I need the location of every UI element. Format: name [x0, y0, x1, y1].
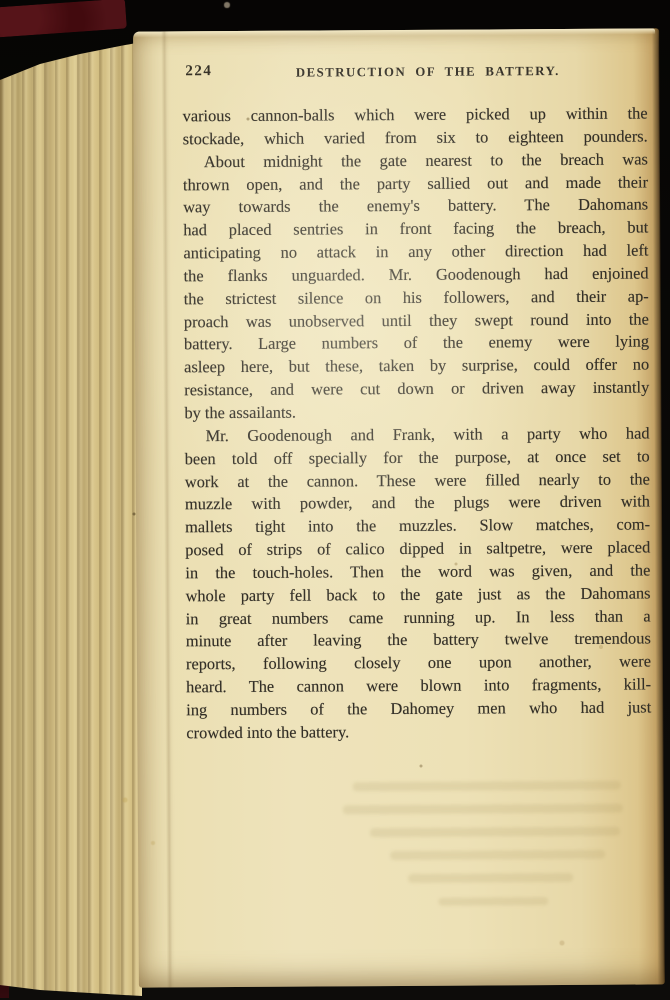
- text-line: ing numbers of the Dahomey men who had j…: [186, 696, 651, 722]
- gutter-crease: [161, 31, 175, 987]
- body-text: various cannon-balls which were picked u…: [183, 102, 652, 744]
- page-content: 224 DESTRUCTION OF THE BATTERY. various …: [182, 60, 651, 744]
- text-line: been told off specially for the purpose,…: [185, 445, 650, 471]
- page-number: 224: [185, 63, 212, 80]
- book-page: 224 DESTRUCTION OF THE BATTERY. various …: [133, 28, 665, 987]
- running-header: DESTRUCTION OF THE BATTERY.: [216, 63, 639, 81]
- paper-specks: [0, 0, 2, 2]
- show-through-line: [438, 897, 548, 906]
- text-line: the strictest silence on his followers, …: [184, 285, 649, 311]
- text-line: thrown open, and the party sallied out a…: [183, 171, 648, 197]
- page-stack-edges: [0, 0, 142, 1000]
- text-line: resistance, and were cut down or driven …: [184, 377, 649, 403]
- show-through-line: [353, 781, 621, 792]
- text-line: posed of strips of calico dipped in salt…: [185, 536, 650, 562]
- text-line: asleep here, but these, taken by surpris…: [184, 354, 649, 380]
- text-line: work at the cannon. These were filled ne…: [185, 468, 650, 494]
- text-line: in great numbers came running up. In les…: [186, 605, 651, 631]
- book-photo: 224 DESTRUCTION OF THE BATTERY. various …: [0, 0, 670, 1000]
- text-line: stockade, which varied from six to eight…: [183, 125, 648, 151]
- show-through-line: [390, 850, 605, 860]
- text-line: heard. The cannon were blown into fragme…: [186, 674, 651, 700]
- text-line: crowded into the battery.: [186, 719, 651, 745]
- text-line: in the touch-holes. Then the word was gi…: [185, 559, 650, 585]
- text-line: by the assailants.: [184, 399, 649, 425]
- text-line: way towards the enemy's battery. The Dah…: [183, 194, 648, 220]
- text-line: mallets tight into the muzzles. Slow mat…: [185, 514, 650, 540]
- text-line: various cannon-balls which were picked u…: [183, 102, 648, 128]
- text-line: the flanks unguarded. Mr. Goodenough had…: [184, 262, 649, 288]
- text-line: anticipating no attack in any other dire…: [183, 240, 648, 266]
- book-cover-edge: [0, 0, 127, 38]
- text-line: Mr. Goodenough and Frank, with a party w…: [184, 422, 649, 448]
- text-line: had placed sentries in front facing the …: [183, 217, 648, 243]
- text-line: muzzle with powder, and the plugs were d…: [185, 491, 650, 517]
- show-through-line: [408, 873, 573, 883]
- show-through-line: [370, 827, 620, 838]
- text-line: battery. Large numbers of the enemy were…: [184, 331, 649, 357]
- text-line: proach was unobserved until they swept r…: [184, 308, 649, 334]
- page-header: 224 DESTRUCTION OF THE BATTERY.: [182, 60, 647, 85]
- text-line: minute after leaving the battery twelve …: [186, 628, 651, 654]
- text-line: About midnight the gate nearest to the b…: [183, 148, 648, 174]
- show-through-line: [343, 804, 623, 815]
- text-line: reports, following closely one upon anot…: [186, 651, 651, 677]
- text-line: whole party fell back to the gate just a…: [185, 582, 650, 608]
